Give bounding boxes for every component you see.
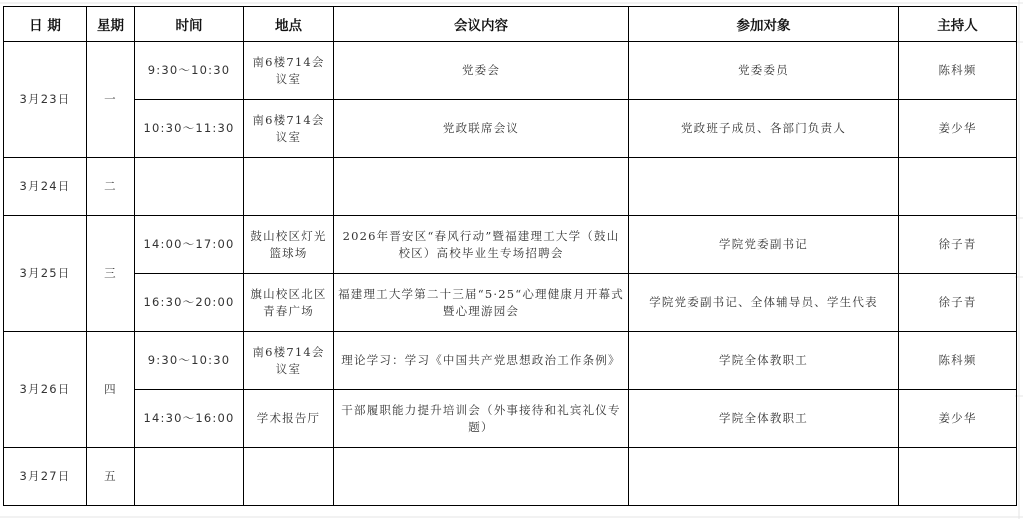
- attendees-cell[interactable]: 学院全体教职工: [629, 332, 899, 390]
- host-cell[interactable]: 陈科频: [899, 332, 1017, 390]
- table-row: 14:30～16:00 学术报告厅 干部履职能力提升培训会（外事接待和礼宾礼仪专…: [4, 390, 1017, 448]
- time-cell[interactable]: [135, 158, 244, 216]
- header-weekday: 星期: [87, 7, 135, 42]
- location-cell[interactable]: 南6楼714会议室: [244, 332, 334, 390]
- content-cell[interactable]: 2026年晋安区“春风行动”暨福建理工大学（鼓山校区）高校毕业生专场招聘会: [334, 216, 629, 274]
- content-cell[interactable]: 干部履职能力提升培训会（外事接待和礼宾礼仪专题）: [334, 390, 629, 448]
- host-cell[interactable]: [899, 448, 1017, 506]
- content-cell[interactable]: 理论学习：学习《中国共产党思想政治工作条例》: [334, 332, 629, 390]
- header-attendees: 参加对象: [629, 7, 899, 42]
- header-time: 时间: [135, 7, 244, 42]
- content-cell[interactable]: [334, 448, 629, 506]
- host-cell[interactable]: 姜少华: [899, 100, 1017, 158]
- content-cell[interactable]: 党政联席会议: [334, 100, 629, 158]
- date-cell[interactable]: 3月25日: [4, 216, 87, 332]
- attendees-cell[interactable]: 党委委员: [629, 42, 899, 100]
- table-row: 10:30～11:30 南6楼714会议室 党政联席会议 党政班子成员、各部门负…: [4, 100, 1017, 158]
- header-location: 地点: [244, 7, 334, 42]
- location-cell[interactable]: 旗山校区北区青春广场: [244, 274, 334, 332]
- host-cell[interactable]: [899, 158, 1017, 216]
- attendees-cell[interactable]: [629, 448, 899, 506]
- host-cell[interactable]: 徐子青: [899, 274, 1017, 332]
- table-row: 3月26日 四 9:30～10:30 南6楼714会议室 理论学习：学习《中国共…: [4, 332, 1017, 390]
- host-cell[interactable]: 徐子青: [899, 216, 1017, 274]
- time-cell[interactable]: 14:00～17:00: [135, 216, 244, 274]
- table-row: 3月23日 一 9:30～10:30 南6楼714会议室 党委会 党委委员 陈科…: [4, 42, 1017, 100]
- attendees-cell[interactable]: [629, 158, 899, 216]
- location-cell[interactable]: 南6楼714会议室: [244, 42, 334, 100]
- attendees-cell[interactable]: 学院全体教职工: [629, 390, 899, 448]
- date-cell[interactable]: 3月23日: [4, 42, 87, 158]
- location-cell[interactable]: [244, 448, 334, 506]
- header-content: 会议内容: [334, 7, 629, 42]
- table-row: 3月25日 三 14:00～17:00 鼓山校区灯光篮球场 2026年晋安区“春…: [4, 216, 1017, 274]
- content-cell[interactable]: 党委会: [334, 42, 629, 100]
- weekday-cell[interactable]: 五: [87, 448, 135, 506]
- content-cell[interactable]: 福建理工大学第二十三届“5·25“心理健康月开幕式暨心理游园会: [334, 274, 629, 332]
- location-cell[interactable]: 学术报告厅: [244, 390, 334, 448]
- location-cell[interactable]: [244, 158, 334, 216]
- weekday-cell[interactable]: 三: [87, 216, 135, 332]
- weekday-cell[interactable]: 二: [87, 158, 135, 216]
- meeting-schedule-table: 日 期 星期 时间 地点 会议内容 参加对象 主持人 3月23日 一 9:30～…: [3, 6, 1017, 506]
- attendees-cell[interactable]: 党政班子成员、各部门负责人: [629, 100, 899, 158]
- attendees-cell[interactable]: 学院党委副书记: [629, 216, 899, 274]
- content-cell[interactable]: [334, 158, 629, 216]
- time-cell[interactable]: [135, 448, 244, 506]
- location-cell[interactable]: 南6楼714会议室: [244, 100, 334, 158]
- header-host: 主持人: [899, 7, 1017, 42]
- date-cell[interactable]: 3月24日: [4, 158, 87, 216]
- header-date: 日 期: [4, 7, 87, 42]
- weekday-cell[interactable]: 一: [87, 42, 135, 158]
- table-row: 3月27日 五: [4, 448, 1017, 506]
- date-cell[interactable]: 3月27日: [4, 448, 87, 506]
- location-cell[interactable]: 鼓山校区灯光篮球场: [244, 216, 334, 274]
- date-cell[interactable]: 3月26日: [4, 332, 87, 448]
- host-cell[interactable]: 姜少华: [899, 390, 1017, 448]
- time-cell[interactable]: 9:30～10:30: [135, 42, 244, 100]
- host-cell[interactable]: 陈科频: [899, 42, 1017, 100]
- weekday-cell[interactable]: 四: [87, 332, 135, 448]
- time-cell[interactable]: 14:30～16:00: [135, 390, 244, 448]
- attendees-cell[interactable]: 学院党委副书记、全体辅导员、学生代表: [629, 274, 899, 332]
- time-cell[interactable]: 10:30～11:30: [135, 100, 244, 158]
- time-cell[interactable]: 16:30～20:00: [135, 274, 244, 332]
- time-cell[interactable]: 9:30～10:30: [135, 332, 244, 390]
- table-row: 3月24日 二: [4, 158, 1017, 216]
- table-row: 16:30～20:00 旗山校区北区青春广场 福建理工大学第二十三届“5·25“…: [4, 274, 1017, 332]
- header-row: 日 期 星期 时间 地点 会议内容 参加对象 主持人: [4, 7, 1017, 42]
